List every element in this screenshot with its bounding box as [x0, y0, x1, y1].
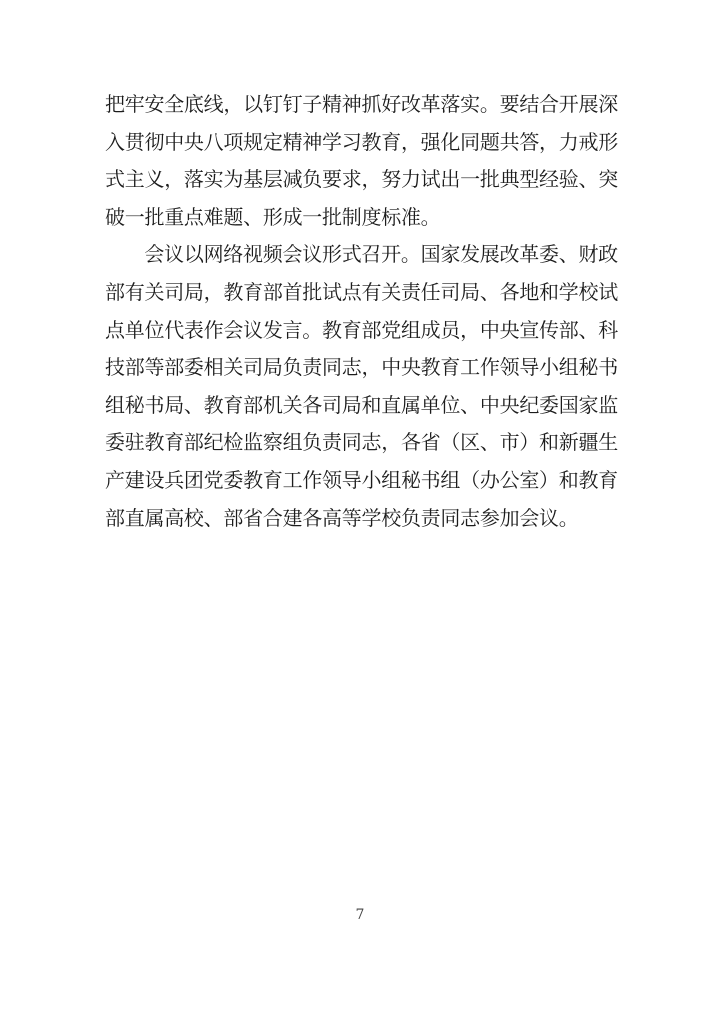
- text-line: 入贯彻中央八项规定精神学习教育，强化同题共答，力戒形: [105, 124, 621, 162]
- text-line: 部有关司局，教育部首批试点有关责任司局、各地和学校试: [105, 274, 621, 312]
- page-number: 7: [0, 906, 720, 924]
- paragraph: 把牢安全底线，以钉钉子精神抓好改革落实。要结合开展深入贯彻中央八项规定精神学习教…: [105, 86, 621, 236]
- text-line: 破一批重点难题、形成一批制度标准。: [105, 199, 621, 237]
- text-line: 组秘书局、教育部机关各司局和直属单位、中央纪委国家监: [105, 387, 621, 425]
- paragraph: 会议以网络视频会议形式召开。国家发展改革委、财政部有关司局，教育部首批试点有关责…: [105, 236, 621, 537]
- document-page: 把牢安全底线，以钉钉子精神抓好改革落实。要结合开展深入贯彻中央八项规定精神学习教…: [0, 0, 720, 1018]
- text-line: 会议以网络视频会议形式召开。国家发展改革委、财政: [105, 236, 621, 274]
- text-line: 式主义，落实为基层减负要求，努力试出一批典型经验、突: [105, 161, 621, 199]
- text-line: 产建设兵团党委教育工作领导小组秘书组（办公室）和教育: [105, 462, 621, 500]
- text-line: 部直属高校、部省合建各高等学校负责同志参加会议。: [105, 500, 621, 538]
- text-line: 委驻教育部纪检监察组负责同志，各省（区、市）和新疆生: [105, 424, 621, 462]
- document-body: 把牢安全底线，以钉钉子精神抓好改革落实。要结合开展深入贯彻中央八项规定精神学习教…: [105, 86, 621, 537]
- text-line: 技部等部委相关司局负责同志，中央教育工作领导小组秘书: [105, 349, 621, 387]
- text-line: 把牢安全底线，以钉钉子精神抓好改革落实。要结合开展深: [105, 86, 621, 124]
- text-line: 点单位代表作会议发言。教育部党组成员，中央宣传部、科: [105, 312, 621, 350]
